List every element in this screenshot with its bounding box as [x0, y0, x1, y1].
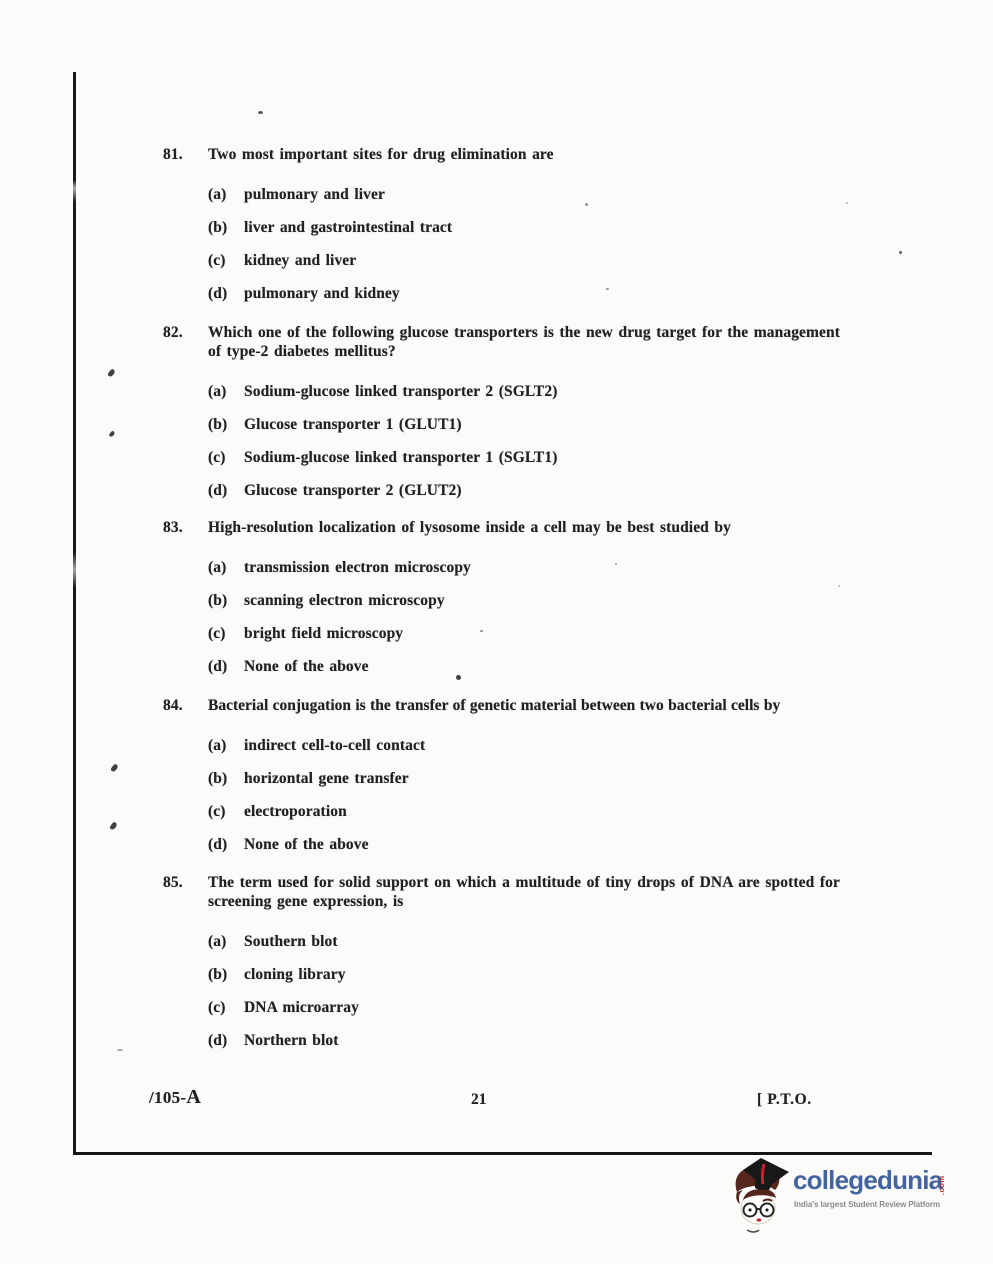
brand-text: collegedunia [793, 1165, 942, 1196]
question-head: 84. Bacterial conjugation is the transfe… [163, 696, 883, 715]
option-text: Glucose transporter 1 (GLUT1) [244, 415, 462, 434]
option-row: (c) kidney and liver [163, 251, 883, 270]
question-number: 83. [163, 518, 208, 537]
options-list: (a) indirect cell-to-cell contact (b) ho… [163, 736, 883, 854]
option-text: Sodium-glucose linked transporter 1 (SGL… [244, 448, 557, 467]
option-label: (b) [208, 965, 244, 984]
question-head: 81. Two most important sites for drug el… [163, 145, 883, 164]
option-row: (c) bright field microscopy [163, 624, 883, 643]
option-text: Glucose transporter 2 (GLUT2) [244, 481, 462, 500]
option-label: (d) [208, 657, 244, 676]
brand-tagline: India's largest Student Review Platform [794, 1200, 940, 1209]
option-row: (d) None of the above [163, 835, 883, 854]
option-label: (a) [208, 185, 244, 204]
option-text: cloning library [244, 965, 346, 984]
option-row: (b) Glucose transporter 1 (GLUT1) [163, 415, 883, 434]
option-row: (c) DNA microarray [163, 998, 883, 1017]
option-text: liver and gastrointestinal tract [244, 218, 452, 237]
scan-speck [117, 1049, 123, 1051]
option-label: (c) [208, 624, 244, 643]
question-number: 82. [163, 323, 208, 361]
bottom-rule [73, 1152, 932, 1155]
question-head: 82. Which one of the following glucose t… [163, 323, 883, 361]
option-label: (b) [208, 415, 244, 434]
scan-speck [456, 675, 461, 680]
question-head: 83. High-resolution localization of lyso… [163, 518, 883, 537]
question-number: 81. [163, 145, 208, 164]
option-text: kidney and liver [244, 251, 356, 270]
option-row: (b) horizontal gene transfer [163, 769, 883, 788]
option-text: electroporation [244, 802, 347, 821]
question-text: Two most important sites for drug elimin… [208, 145, 554, 164]
option-row: (a) Sodium-glucose linked transporter 2 … [163, 382, 883, 401]
option-row: (a) Southern blot [163, 932, 883, 951]
option-row: (a) transmission electron microscopy [163, 558, 883, 577]
options-list: (a) Southern blot (b) cloning library (c… [163, 932, 883, 1050]
scan-speck [109, 821, 118, 830]
options-list: (a) Sodium-glucose linked transporter 2 … [163, 382, 883, 500]
student-mascot-icon [731, 1158, 793, 1239]
option-label: (d) [208, 284, 244, 303]
question-text: The term used for solid support on which… [208, 873, 840, 911]
booklet-series: A [186, 1086, 201, 1108]
option-text: Southern blot [244, 932, 338, 951]
scan-speck [899, 251, 902, 254]
left-margin-line [73, 72, 76, 1154]
question-text: High-resolution localization of lysosome… [208, 518, 731, 537]
option-row: (d) pulmonary and kidney [163, 284, 883, 303]
option-label: (c) [208, 998, 244, 1017]
option-label: (a) [208, 382, 244, 401]
option-text: pulmonary and liver [244, 185, 385, 204]
pto-label: [ P.T.O. [757, 1091, 812, 1109]
question-text: Which one of the following glucose trans… [208, 323, 840, 361]
scan-speck [107, 368, 116, 377]
page-number: 21 [471, 1091, 487, 1109]
option-row: (c) Sodium-glucose linked transporter 1 … [163, 448, 883, 467]
option-row: (b) scanning electron microscopy [163, 591, 883, 610]
option-label: (d) [208, 1031, 244, 1050]
option-label: (c) [208, 448, 244, 467]
scan-speck [110, 763, 119, 772]
option-text: scanning electron microscopy [244, 591, 445, 610]
option-label: (a) [208, 558, 244, 577]
option-text: horizontal gene transfer [244, 769, 409, 788]
option-row: (c) electroporation [163, 802, 883, 821]
scan-speck [258, 111, 263, 114]
question-text: Bacterial conjugation is the transfer of… [208, 696, 780, 715]
options-list: (a) transmission electron microscopy (b)… [163, 558, 883, 676]
option-label: (c) [208, 802, 244, 821]
option-label: (b) [208, 218, 244, 237]
option-label: (b) [208, 591, 244, 610]
brand-tld: .com [937, 1175, 946, 1195]
option-text: bright field microscopy [244, 624, 403, 643]
scan-speck [615, 563, 617, 565]
option-row: (d) Northern blot [163, 1031, 883, 1050]
option-text: Sodium-glucose linked transporter 2 (SGL… [244, 382, 557, 401]
question-84: 84. Bacterial conjugation is the transfe… [163, 696, 883, 854]
scan-speck [846, 202, 848, 204]
option-text: indirect cell-to-cell contact [244, 736, 425, 755]
exam-page: 81. Two most important sites for drug el… [0, 0, 993, 1264]
scan-speck [606, 288, 609, 290]
options-list: (a) pulmonary and liver (b) liver and ga… [163, 185, 883, 303]
option-row: (a) indirect cell-to-cell contact [163, 736, 883, 755]
option-label: (d) [208, 481, 244, 500]
option-label: (a) [208, 736, 244, 755]
option-text: DNA microarray [244, 998, 359, 1017]
option-label: (a) [208, 932, 244, 951]
option-text: None of the above [244, 835, 369, 854]
option-row: (d) None of the above [163, 657, 883, 676]
option-text: pulmonary and kidney [244, 284, 400, 303]
scan-speck [585, 203, 588, 206]
option-row: (a) pulmonary and liver [163, 185, 883, 204]
option-label: (c) [208, 251, 244, 270]
scan-speck [838, 585, 840, 587]
booklet-code-prefix: /105- [149, 1088, 186, 1107]
scan-speck [480, 630, 483, 632]
question-number: 85. [163, 873, 208, 911]
option-text: Northern blot [244, 1031, 339, 1050]
question-81: 81. Two most important sites for drug el… [163, 145, 883, 303]
option-text: transmission electron microscopy [244, 558, 471, 577]
option-label: (b) [208, 769, 244, 788]
question-number: 84. [163, 696, 208, 715]
question-82: 82. Which one of the following glucose t… [163, 323, 883, 500]
scan-speck [109, 430, 116, 437]
question-85: 85. The term used for solid support on w… [163, 873, 883, 1050]
booklet-code: /105-A [149, 1086, 201, 1109]
question-head: 85. The term used for solid support on w… [163, 873, 883, 911]
question-83: 83. High-resolution localization of lyso… [163, 518, 883, 676]
option-row: (b) liver and gastrointestinal tract [163, 218, 883, 237]
option-row: (d) Glucose transporter 2 (GLUT2) [163, 481, 883, 500]
option-text: None of the above [244, 657, 369, 676]
option-row: (b) cloning library [163, 965, 883, 984]
option-label: (d) [208, 835, 244, 854]
collegedunia-logo: collegedunia .com India's largest Studen… [731, 1156, 967, 1236]
